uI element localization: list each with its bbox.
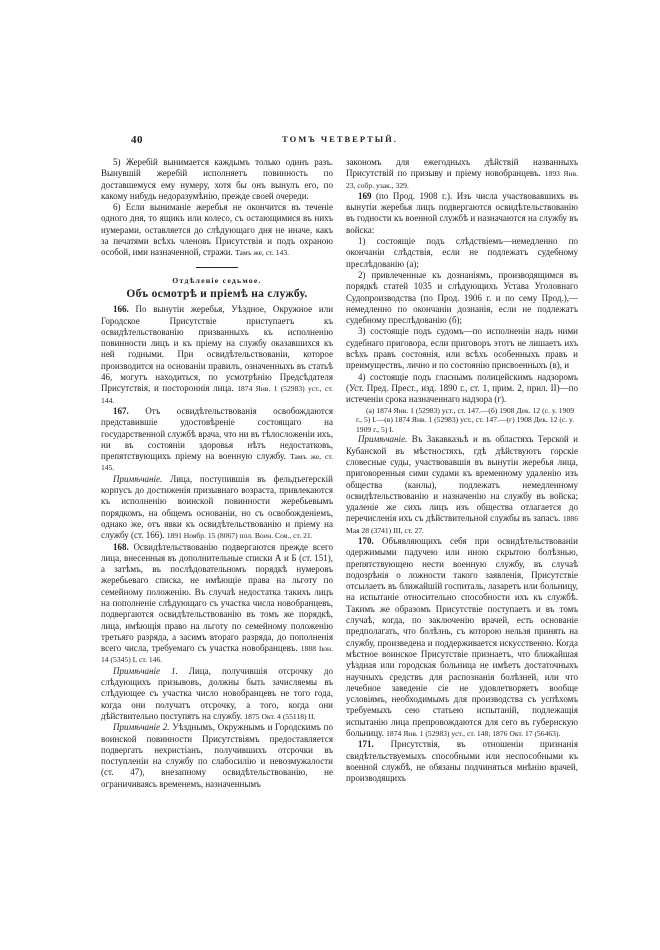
list-item-text: 3) состоящіе подъ судомъ—по исполненіи н…	[346, 326, 578, 370]
note-1-article-168: Примѣчаніе 1. Лица, получившія отсрочку …	[101, 666, 333, 722]
note-text: Въ Закавказьѣ и въ областяхъ Терской и К…	[346, 434, 578, 523]
citation: 1874 Янв. 1 (52983) уст., ст. 148; 1876 …	[386, 729, 560, 738]
note-2-article-168: Примѣчаніе 2. Уѣзднымъ, Окружнымъ и Горо…	[101, 722, 333, 790]
article-number: 166.	[113, 304, 129, 314]
article-text: Освидѣтельствованію подвергаются прежде …	[101, 542, 333, 654]
article-number: 168.	[113, 542, 129, 552]
left-column: 5) Жеребій вынимается каждымъ только оди…	[101, 157, 333, 790]
note-lead: Примѣчаніе 2.	[113, 722, 170, 732]
article-171: 171. Присутствія, въ отношеніи признанія…	[346, 739, 578, 784]
article-166: 166. По вынутіи жеребья, Уѣздное, Окружн…	[101, 304, 333, 406]
text-columns: 5) Жеребій вынимается каждымъ только оди…	[101, 157, 579, 790]
page-number: 40	[131, 134, 143, 146]
document-page: 40 ТОМЪ ЧЕТВЕРТЫЙ. 5) Жеребій вынимается…	[0, 0, 660, 950]
section-label: Отдѣленіе седьмое.	[101, 275, 333, 286]
citation: 1875 Окт. 4 (55118) II.	[244, 712, 315, 721]
article-167: 167. Отъ освидѣтельствованія освобождают…	[101, 406, 333, 474]
list-item-text: 1) состоящіе подъ слѣдствіемъ—немедленно…	[346, 236, 578, 269]
citation: Тамъ же, ст. 143.	[235, 248, 289, 257]
article-number: 170.	[358, 536, 374, 546]
paragraph-item-6: 6) Если выниманіе жеребья не окончится в…	[101, 202, 333, 258]
article-number: 167.	[113, 406, 129, 416]
note-lead: Примѣчаніе 1.	[113, 666, 178, 676]
note-article-167: Примѣчаніе. Лица, поступившія въ фельдъе…	[101, 474, 333, 542]
paragraph-text: 5) Жеребій вынимается каждымъ только оди…	[101, 157, 333, 201]
article-number: 171.	[358, 739, 374, 749]
article-168: 168. Освидѣтельствованію подвергаются пр…	[101, 542, 333, 666]
list-item-text: 2) привлеченные къ дознаніямъ, производя…	[346, 270, 578, 325]
article-text: Присутствія, въ отношеніи признанія свид…	[346, 739, 578, 783]
right-column: закономъ для ежегодныхъ дѣйствій названн…	[346, 157, 578, 790]
note-lead: Примѣчаніе.	[358, 434, 407, 444]
paragraph-text: 6) Если выниманіе жеребья не окончится в…	[101, 202, 333, 257]
article-text: Объявляющихъ себя при освидѣтельствовані…	[346, 536, 578, 738]
list-item-text: 4) состоящіе подъ гласнымъ полицейскимъ …	[346, 372, 578, 405]
citation: 1891 Ноябр. 15 (8067) пол. Воен. Сов., с…	[167, 531, 313, 540]
article-169-item-2: 2) привлеченные къ дознаніямъ, производя…	[346, 270, 578, 326]
article-169-item-1: 1) состоящіе подъ слѣдствіемъ—немедленно…	[346, 236, 578, 270]
article-169-item-4: 4) состоящіе подъ гласнымъ полицейскимъ …	[346, 372, 578, 406]
article-text: (по Прод. 1908 г.). Изъ числа участвовав…	[346, 191, 578, 235]
note-article-169: Примѣчаніе. Въ Закавказьѣ и въ областяхъ…	[346, 434, 578, 536]
note-lead: Примѣчаніе.	[113, 474, 162, 484]
article-number: 169	[358, 191, 372, 201]
article-170: 170. Объявляющихъ себя при освидѣтельств…	[346, 536, 578, 739]
continued-paragraph: закономъ для ежегодныхъ дѣйствій названн…	[346, 157, 578, 191]
article-169-citations: (а) 1874 Янв. 1 (52983) уст., ст. 147.—(…	[346, 406, 578, 435]
paragraph-item-5: 5) Жеребій вынимается каждымъ только оди…	[101, 157, 333, 202]
article-text: По вынутіи жеребья, Уѣздное, Окружное ил…	[101, 304, 333, 393]
article-169-item-3: 3) состоящіе подъ судомъ—по исполненіи н…	[346, 326, 578, 371]
article-169: 169 (по Прод. 1908 г.). Изъ числа участв…	[346, 191, 578, 236]
running-title: ТОМЪ ЧЕТВЕРТЫЙ.	[101, 134, 579, 144]
paragraph-text: закономъ для ежегодныхъ дѣйствій названн…	[346, 157, 578, 178]
section-divider	[196, 267, 238, 268]
running-header: 40 ТОМЪ ЧЕТВЕРТЫЙ.	[101, 134, 579, 148]
section-title: Объ осмотрѣ и пріемѣ на службу.	[101, 289, 333, 300]
